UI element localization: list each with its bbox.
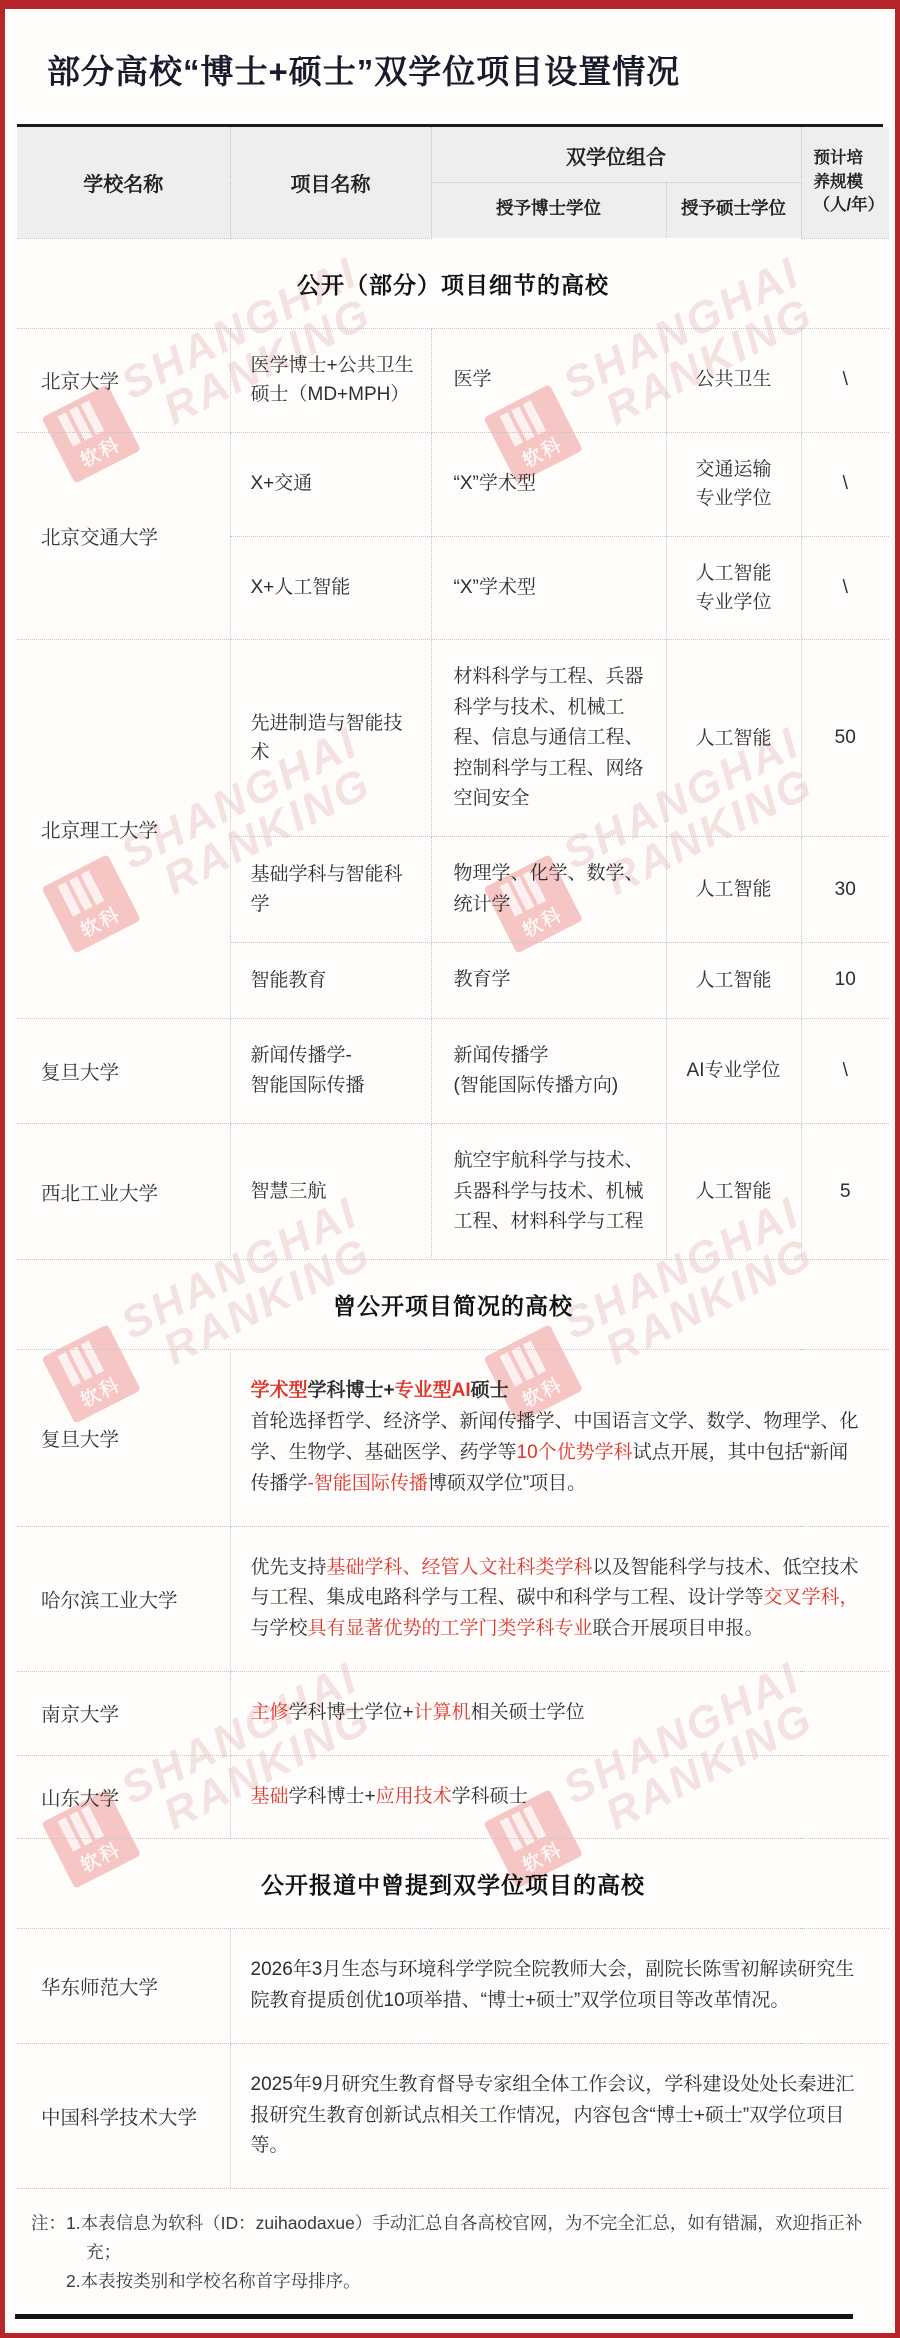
footnote-items: 1.本表信息为软科（ID：zuihaodaxue）手动汇总自各高校官网，为不完全…: [66, 2209, 869, 2296]
highlight-text: 基础学科、经管人文社科类学科: [327, 1557, 593, 1578]
master-degree-cell: 人工智能: [666, 1124, 801, 1260]
footnotes: 注： 1.本表信息为软科（ID：zuihaodaxue）手动汇总自各高校官网，为…: [31, 2209, 869, 2296]
table-row: 南京大学主修学科博士学位+计算机相关硕士学位: [17, 1671, 889, 1755]
table-header: 学校名称 项目名称 双学位组合 预计培 养规模 （人/年） 授予博士学位 授予硕…: [17, 127, 889, 238]
column-header-project: 项目名称: [230, 127, 431, 238]
school-name-cell: 南京大学: [17, 1671, 230, 1755]
scale-value-cell: \: [801, 1018, 889, 1124]
school-name-cell: 北京大学: [17, 328, 230, 432]
footnote-line: 2.本表按类别和学校名称首字母排序。: [66, 2267, 869, 2296]
highlight-text: 学术型: [251, 1380, 308, 1401]
table-row: 哈尔滨工业大学优先支持基础学科、经管人文社科类学科以及智能科学与技术、低空技术与…: [17, 1526, 889, 1671]
table-row: 中国科学技术大学2025年9月研究生教育督导专家组全体工作会议，学科建设处处长秦…: [17, 2043, 889, 2188]
text-segment: 学科硕士: [452, 1786, 528, 1807]
text-segment: 硕士: [471, 1380, 509, 1401]
project-name-cell: 智能教育: [230, 943, 431, 1018]
project-name-cell: X+交通: [230, 432, 431, 536]
school-name-cell: 山东大学: [17, 1755, 230, 1839]
project-name-cell: 基础学科与智能科学: [230, 837, 431, 943]
doctor-degree-cell: 航空宇航科学与技术、兵器科学与技术、机械工程、材料科学与工程: [431, 1124, 666, 1260]
master-degree-cell: AI专业学位: [666, 1018, 801, 1124]
description-cell: 优先支持基础学科、经管人文社科类学科以及智能科学与技术、低空技术与工程、集成电路…: [230, 1526, 889, 1671]
description-cell: 主修学科博士学位+计算机相关硕士学位: [230, 1671, 889, 1755]
table-bottom-rule: [17, 2188, 889, 2189]
text-segment: 优先支持: [251, 1557, 327, 1578]
description-cell: 2026年3月生态与环境科学学院全院教师大会，副院长陈雪初解读研究生院教育提质创…: [230, 1929, 889, 2044]
doctor-degree-cell: “X”学术型: [431, 536, 666, 640]
school-name-cell: 哈尔滨工业大学: [17, 1526, 230, 1671]
highlight-text: 具有显著优势的工学门类学科专业: [308, 1618, 593, 1639]
master-degree-cell: 人工智能 专业学位: [666, 536, 801, 640]
column-header-school: 学校名称: [17, 127, 230, 238]
section-header-row: 曾公开项目简况的高校: [17, 1260, 889, 1350]
scale-value-cell: \: [801, 328, 889, 432]
school-name-cell: 北京理工大学: [17, 640, 230, 1018]
highlight-text: 计算机: [414, 1702, 471, 1723]
highlight-text: -智能国际传播: [308, 1473, 428, 1494]
description-cell: 基础学科博士+应用技术学科硕士: [230, 1755, 889, 1839]
scale-value-cell: 10: [801, 943, 889, 1018]
project-name-cell: 新闻传播学- 智能国际传播: [230, 1018, 431, 1124]
column-header-scale: 预计培 养规模 （人/年）: [801, 127, 889, 238]
project-name-cell: 医学博士+公共卫生 硕士（MD+MPH）: [230, 328, 431, 432]
section-title: 曾公开项目简况的高校: [17, 1260, 889, 1350]
infographic-frame: 软科SHANGHAIRANKING软科SHANGHAIRANKING软科SHAN…: [0, 0, 900, 2338]
text-segment: 学科博士+: [308, 1380, 395, 1401]
scale-value-cell: \: [801, 536, 889, 640]
highlight-text: 交叉学科，: [764, 1587, 859, 1608]
column-header-master-degree: 授予硕士学位: [666, 183, 801, 239]
text-segment: 与学校: [251, 1618, 308, 1639]
master-degree-cell: 公共卫生: [666, 328, 801, 432]
project-name-cell: 智慧三航: [230, 1124, 431, 1260]
table-body: 公开（部分）项目细节的高校北京大学医学博士+公共卫生 硕士（MD+MPH）医学公…: [17, 238, 889, 2188]
highlight-text: 应用技术: [376, 1786, 452, 1807]
scale-value-cell: 30: [801, 837, 889, 943]
text-segment: 联合开展项目申报。: [593, 1618, 764, 1639]
bottom-rule: [15, 2314, 853, 2319]
dual-degree-table: 学校名称 项目名称 双学位组合 预计培 养规模 （人/年） 授予博士学位 授予硕…: [17, 127, 889, 2188]
school-name-cell: 复旦大学: [17, 1350, 230, 1526]
table-row: 北京大学医学博士+公共卫生 硕士（MD+MPH）医学公共卫生\: [17, 328, 889, 432]
master-degree-cell: 人工智能: [666, 640, 801, 837]
text-segment: 博硕双学位”项目。: [428, 1473, 586, 1494]
section-header-row: 公开报道中曾提到双学位项目的高校: [17, 1839, 889, 1929]
footnote-label: 注：: [31, 2209, 66, 2296]
description-cell: 学术型学科博士+专业型AI硕士首轮选择哲学、经济学、新闻传播学、中国语言文学、数…: [230, 1350, 889, 1526]
school-name-cell: 西北工业大学: [17, 1124, 230, 1260]
footnote-line: 1.本表信息为软科（ID：zuihaodaxue）手动汇总自各高校官网，为不完全…: [66, 2209, 869, 2267]
table-row: 华东师范大学2026年3月生态与环境科学学院全院教师大会，副院长陈雪初解读研究生…: [17, 1929, 889, 2044]
project-name-cell: 先进制造与智能技术: [230, 640, 431, 837]
table-row: 西北工业大学智慧三航航空宇航科学与技术、兵器科学与技术、机械工程、材料科学与工程…: [17, 1124, 889, 1260]
page-title: 部分高校“博士+硕士”双学位项目设置情况: [5, 9, 895, 118]
section-header-row: 公开（部分）项目细节的高校: [17, 238, 889, 328]
doctor-degree-cell: 新闻传播学 (智能国际传播方向): [431, 1018, 666, 1124]
text-segment: 学科博士+: [289, 1786, 376, 1807]
doctor-degree-cell: 医学: [431, 328, 666, 432]
project-name-cell: X+人工智能: [230, 536, 431, 640]
text-segment: 相关硕士学位: [471, 1702, 585, 1723]
doctor-degree-cell: 物理学、化学、数学、统计学: [431, 837, 666, 943]
school-name-cell: 复旦大学: [17, 1018, 230, 1124]
table-row: 山东大学基础学科博士+应用技术学科硕士: [17, 1755, 889, 1839]
master-degree-cell: 交通运输 专业学位: [666, 432, 801, 536]
school-name-cell: 华东师范大学: [17, 1929, 230, 2044]
table-row: 复旦大学新闻传播学- 智能国际传播新闻传播学 (智能国际传播方向)AI专业学位\: [17, 1018, 889, 1124]
doctor-degree-cell: 教育学: [431, 943, 666, 1018]
highlight-text: 基础: [251, 1786, 289, 1807]
highlight-text: 专业型AI: [395, 1380, 471, 1401]
table-row: 复旦大学学术型学科博士+专业型AI硕士首轮选择哲学、经济学、新闻传播学、中国语言…: [17, 1350, 889, 1526]
column-header-combo-group: 双学位组合: [431, 127, 801, 183]
column-header-doctor-degree: 授予博士学位: [431, 183, 666, 239]
school-name-cell: 北京交通大学: [17, 432, 230, 640]
highlight-text: 10个优势学科: [517, 1442, 633, 1463]
highlight-text: 主修: [251, 1702, 289, 1723]
school-name-cell: 中国科学技术大学: [17, 2043, 230, 2188]
table-row: 北京理工大学先进制造与智能技术材料科学与工程、兵器科学与技术、机械工程、信息与通…: [17, 640, 889, 837]
scale-value-cell: \: [801, 432, 889, 536]
section-title: 公开报道中曾提到双学位项目的高校: [17, 1839, 889, 1929]
doctor-degree-cell: “X”学术型: [431, 432, 666, 536]
master-degree-cell: 人工智能: [666, 943, 801, 1018]
scale-value-cell: 5: [801, 1124, 889, 1260]
description-cell: 2025年9月研究生教育督导专家组全体工作会议，学科建设处处长秦进汇报研究生教育…: [230, 2043, 889, 2188]
header-row-1: 学校名称 项目名称 双学位组合 预计培 养规模 （人/年）: [17, 127, 889, 183]
master-degree-cell: 人工智能: [666, 837, 801, 943]
section-title: 公开（部分）项目细节的高校: [17, 238, 889, 328]
scale-value-cell: 50: [801, 640, 889, 837]
doctor-degree-cell: 材料科学与工程、兵器科学与技术、机械工程、信息与通信工程、控制科学与工程、网络空…: [431, 640, 666, 837]
table-row: 北京交通大学X+交通“X”学术型交通运输 专业学位\: [17, 432, 889, 536]
text-segment: 学科博士学位+: [289, 1702, 414, 1723]
